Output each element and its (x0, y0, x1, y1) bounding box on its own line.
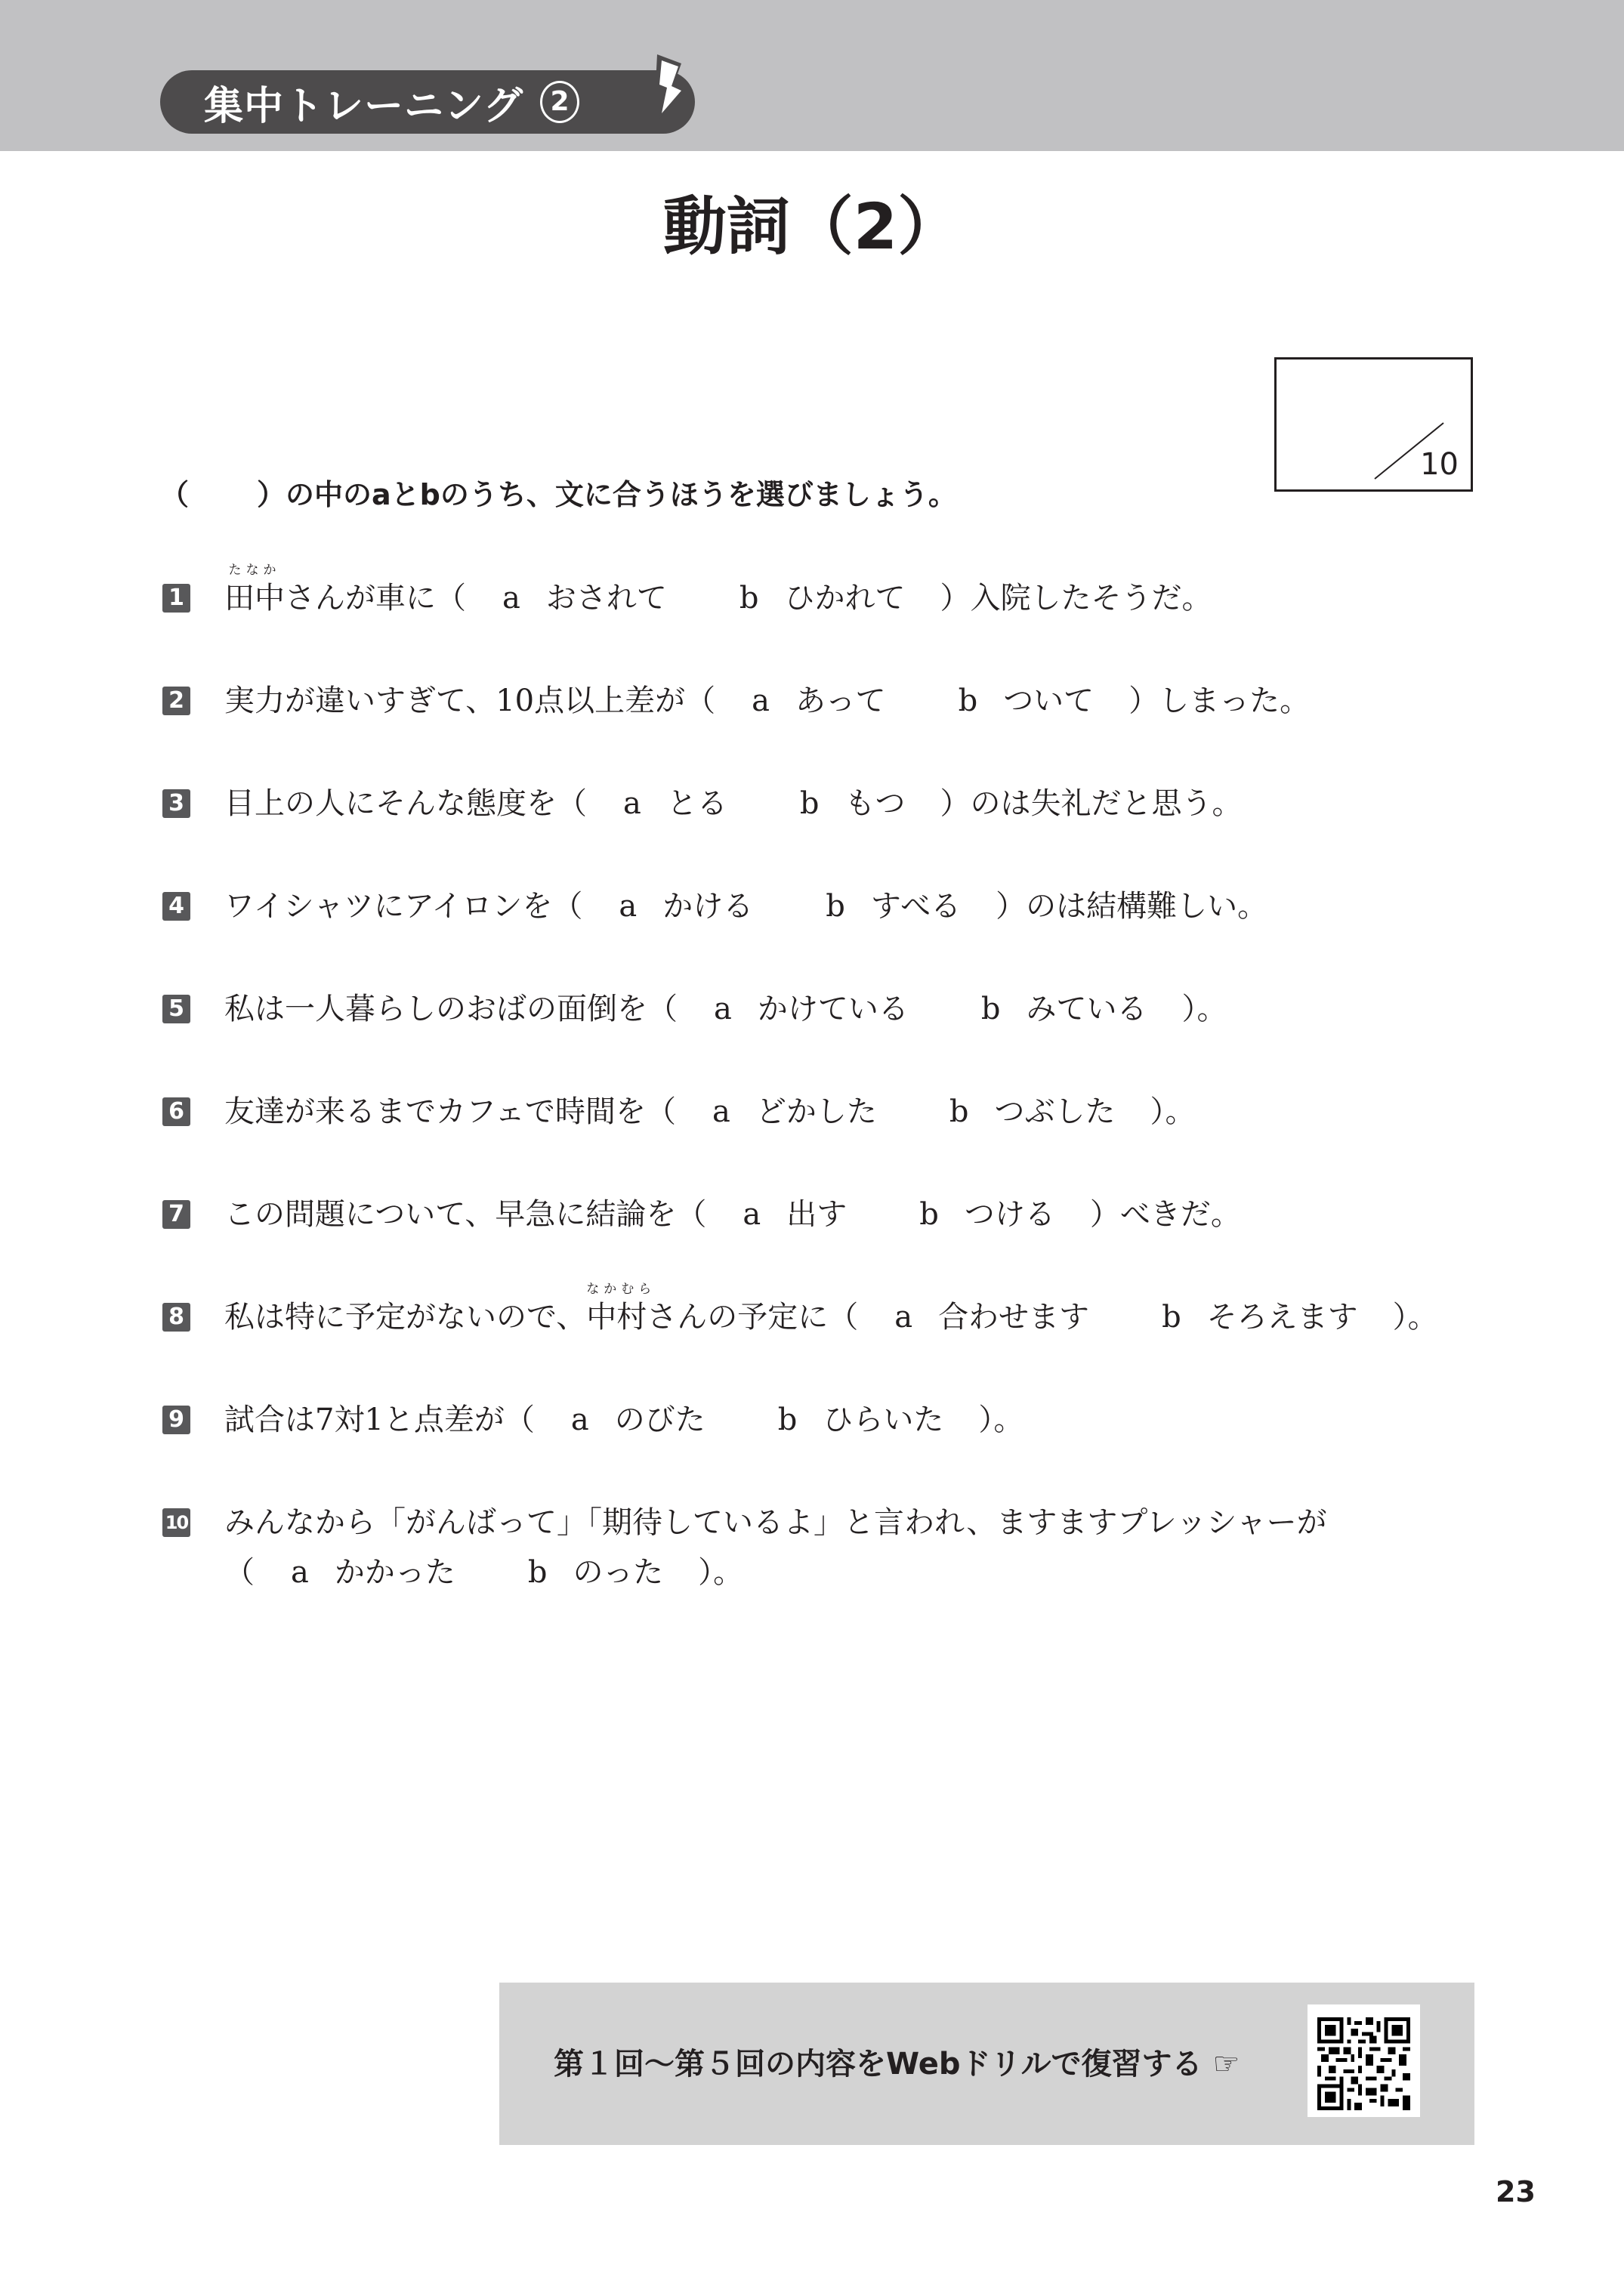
option-b[interactable]: のった (573, 1555, 663, 1590)
option-a[interactable]: とる (667, 786, 727, 821)
option-a-letter[interactable]: a (502, 581, 520, 616)
question-stem: さんの予定に (647, 1300, 828, 1335)
review-label: 第１回～第５回の内容をWebドリルで復習する (554, 2047, 1202, 2082)
question-tail: のは失礼だと思う。 (970, 786, 1242, 821)
question-5: 5 私は一人暮らしのおばの面倒を（aかけているbみている）。 (162, 970, 1507, 1060)
question-number-badge: 7 (162, 1200, 190, 1229)
option-b-letter[interactable]: b (826, 889, 845, 924)
question-tail: 入院したそうだ。 (970, 581, 1212, 616)
open-paren: （ (224, 1555, 255, 1590)
open-paren: （ (436, 581, 466, 616)
close-paren: ） (1090, 1197, 1120, 1232)
section-number-circle: 2 (540, 81, 579, 123)
question-text-line-1: みんなから「がんばって」「期待しているよ」と言われ、ますますプレッシャーが (224, 1500, 1327, 1545)
open-paren: （ (646, 1094, 676, 1129)
question-4: 4 ワイシャツにアイロンを（aかけるbすべる）のは結構難しい。 (162, 867, 1507, 958)
question-text: 実力が違いすぎて、10点以上差が（aあってbついて）しまった。 (224, 678, 1310, 724)
question-tail: のは結構難しい。 (1026, 889, 1267, 924)
option-a[interactable]: かけている (758, 992, 909, 1026)
option-b[interactable]: ひらいた (823, 1403, 943, 1437)
question-tail: しまった。 (1159, 684, 1310, 718)
furigana: なかむら (586, 1282, 647, 1296)
question-stem-lead: 私は特に予定がないので、 (224, 1300, 586, 1335)
question-text: 友達が来るまでカフェで時間を（aどかしたbつぶした）。 (224, 1089, 1195, 1134)
question-2: 2 実力が違いすぎて、10点以上差が（aあってbついて）しまった。 (162, 662, 1507, 752)
option-a[interactable]: のびた (615, 1403, 705, 1437)
question-tail: 。 (1196, 992, 1227, 1026)
close-paren: ） (1150, 1094, 1165, 1129)
question-tail: 。 (713, 1555, 743, 1590)
question-7: 7 この問題について、早急に結論を（a出すbつける）べきだ。 (162, 1175, 1507, 1266)
question-stem: 実力が違いすぎて、10点以上差が (224, 684, 685, 718)
option-a[interactable]: 出す (786, 1197, 847, 1232)
option-b[interactable]: もつ (844, 786, 905, 821)
section-label-pill: 集中トレーニング 2 (160, 70, 695, 134)
option-a-letter[interactable]: a (291, 1555, 309, 1590)
option-b[interactable]: つける (965, 1197, 1055, 1232)
ruby-word: たなか田中 (224, 576, 285, 621)
open-paren: （ (557, 786, 587, 821)
score-total: 10 (1420, 447, 1459, 482)
question-8: 8 私は特に予定がないので、なかむら中村さんの予定に（a合わせますbそろえます）… (162, 1278, 1507, 1369)
option-a-letter[interactable]: a (894, 1300, 912, 1335)
option-b[interactable]: すべる (871, 889, 961, 924)
qr-code[interactable] (1308, 2004, 1420, 2117)
question-number-badge: 9 (162, 1406, 190, 1434)
question-tail: 。 (1408, 1300, 1438, 1335)
open-paren: （ (552, 889, 582, 924)
question-9: 9 試合は7対1と点差が（aのびたbひらいた）。 (162, 1381, 1507, 1471)
question-text: この問題について、早急に結論を（a出すbつける）べきだ。 (224, 1192, 1241, 1237)
option-b-letter[interactable]: b (949, 1094, 969, 1129)
option-b-letter[interactable]: b (528, 1555, 548, 1590)
option-a-letter[interactable]: a (752, 684, 770, 718)
web-drill-review-banner: 第１回～第５回の内容をWebドリルで復習する☞ (499, 1983, 1474, 2145)
close-paren: ） (940, 581, 970, 616)
instruction-text: （）の中のaとbのうち、文に合うほうを選びましょう。 (160, 476, 957, 514)
ruby-word: なかむら中村 (586, 1295, 647, 1340)
question-1: 1 たなか田中さんが車に（aおされてbひかれて）入院したそうだ。 (162, 559, 1507, 650)
instruction-open-paren: （ (160, 478, 189, 511)
option-a-letter[interactable]: a (743, 1197, 761, 1232)
page-title: 動詞（2） (0, 189, 1624, 264)
furigana: たなか (224, 563, 285, 577)
question-stem: ワイシャツにアイロンを (224, 889, 552, 924)
question-number-badge: 5 (162, 995, 190, 1023)
option-b-letter[interactable]: b (919, 1197, 939, 1232)
question-text: 私は特に予定がないので、なかむら中村さんの予定に（a合わせますbそろえます）。 (224, 1295, 1438, 1340)
question-text-line-2: （aかかったbのった）。 (224, 1550, 743, 1595)
question-stem: 私は一人暮らしのおばの面倒を (224, 992, 647, 1026)
question-text: たなか田中さんが車に（aおされてbひかれて）入院したそうだ。 (224, 576, 1212, 621)
option-b[interactable]: みている (1026, 992, 1147, 1026)
open-paren: （ (647, 992, 678, 1026)
question-stem: さんが車に (285, 581, 436, 616)
question-tail: 。 (993, 1403, 1023, 1437)
close-paren: ） (698, 1555, 713, 1590)
option-b-letter[interactable]: b (1162, 1300, 1181, 1335)
question-number-badge: 10 (162, 1508, 190, 1537)
option-b-letter[interactable]: b (739, 581, 759, 616)
option-b[interactable]: ついて (1003, 684, 1094, 718)
question-text: 試合は7対1と点差が（aのびたbひらいた）。 (224, 1397, 1023, 1443)
question-number-badge: 8 (162, 1303, 190, 1332)
question-text: 目上の人にそんな態度を（aとるbもつ）のは失礼だと思う。 (224, 781, 1242, 826)
question-number-badge: 6 (162, 1097, 190, 1126)
option-b[interactable]: そろえます (1207, 1300, 1358, 1335)
question-text: 私は一人暮らしのおばの面倒を（aかけているbみている）。 (224, 986, 1227, 1032)
close-paren: ） (940, 786, 970, 821)
close-paren: ） (1128, 684, 1159, 718)
question-number-badge: 3 (162, 789, 190, 818)
option-a-letter[interactable]: a (571, 1403, 589, 1437)
question-tail: 。 (1165, 1094, 1195, 1129)
question-stem: 試合は7対1と点差が (224, 1403, 505, 1437)
instruction-close-paren: ） (257, 478, 286, 511)
question-6: 6 友達が来るまでカフェで時間を（aどかしたbつぶした）。 (162, 1072, 1507, 1163)
score-box[interactable]: 10 (1274, 357, 1473, 492)
open-paren: （ (676, 1197, 706, 1232)
option-a[interactable]: どかした (756, 1094, 877, 1129)
option-b-letter[interactable]: b (959, 684, 978, 718)
option-b[interactable]: ひかれて (784, 581, 905, 616)
ruby-base: 中村 (586, 1300, 647, 1335)
close-paren: ） (1393, 1300, 1408, 1335)
question-tail: べきだ。 (1120, 1197, 1241, 1232)
pointing-hand-icon: ☞ (1212, 2043, 1240, 2085)
option-a[interactable]: おされて (546, 581, 667, 616)
option-a[interactable]: かかった (335, 1555, 455, 1590)
instruction-body: の中のaとbのうち、文に合うほうを選びましょう。 (286, 478, 957, 511)
qr-code-icon (1317, 2017, 1410, 2110)
option-a[interactable]: 合わせます (938, 1300, 1089, 1335)
option-a-letter[interactable]: a (712, 1094, 730, 1129)
question-number-badge: 2 (162, 687, 190, 715)
option-a[interactable]: かける (662, 889, 753, 924)
page-number: 23 (1496, 2175, 1536, 2208)
option-a-letter[interactable]: a (714, 992, 732, 1026)
option-b[interactable]: つぶした (994, 1094, 1115, 1129)
question-stem: 目上の人にそんな態度を (224, 786, 557, 821)
lightning-bolt-icon (651, 53, 689, 121)
section-label: 集中トレーニング (204, 74, 523, 131)
question-stem: この問題について、早急に結論を (224, 1197, 676, 1232)
option-b-letter[interactable]: b (981, 992, 1001, 1026)
option-a[interactable]: あって (795, 684, 886, 718)
option-b-letter[interactable]: b (778, 1403, 798, 1437)
option-b-letter[interactable]: b (800, 786, 820, 821)
option-a-letter[interactable]: a (619, 889, 637, 924)
ruby-base: 田中 (224, 581, 285, 616)
question-number-badge: 1 (162, 584, 190, 613)
question-10: 10 みんなから「がんばって」「期待しているよ」と言われ、ますますプレッシャーが… (162, 1483, 1507, 1612)
question-stem: 友達が来るまでカフェで時間を (224, 1094, 646, 1129)
close-paren: ） (996, 889, 1026, 924)
open-paren: （ (505, 1403, 535, 1437)
question-3: 3 目上の人にそんな態度を（aとるbもつ）のは失礼だと思う。 (162, 764, 1507, 855)
close-paren: ） (978, 1403, 993, 1437)
close-paren: ） (1181, 992, 1196, 1026)
question-text: ワイシャツにアイロンを（aかけるbすべる）のは結構難しい。 (224, 884, 1267, 929)
question-number-badge: 4 (162, 892, 190, 921)
open-paren: （ (828, 1300, 858, 1335)
review-text: 第１回～第５回の内容をWebドリルで復習する☞ (554, 2043, 1240, 2085)
open-paren: （ (685, 684, 715, 718)
option-a-letter[interactable]: a (623, 786, 641, 821)
